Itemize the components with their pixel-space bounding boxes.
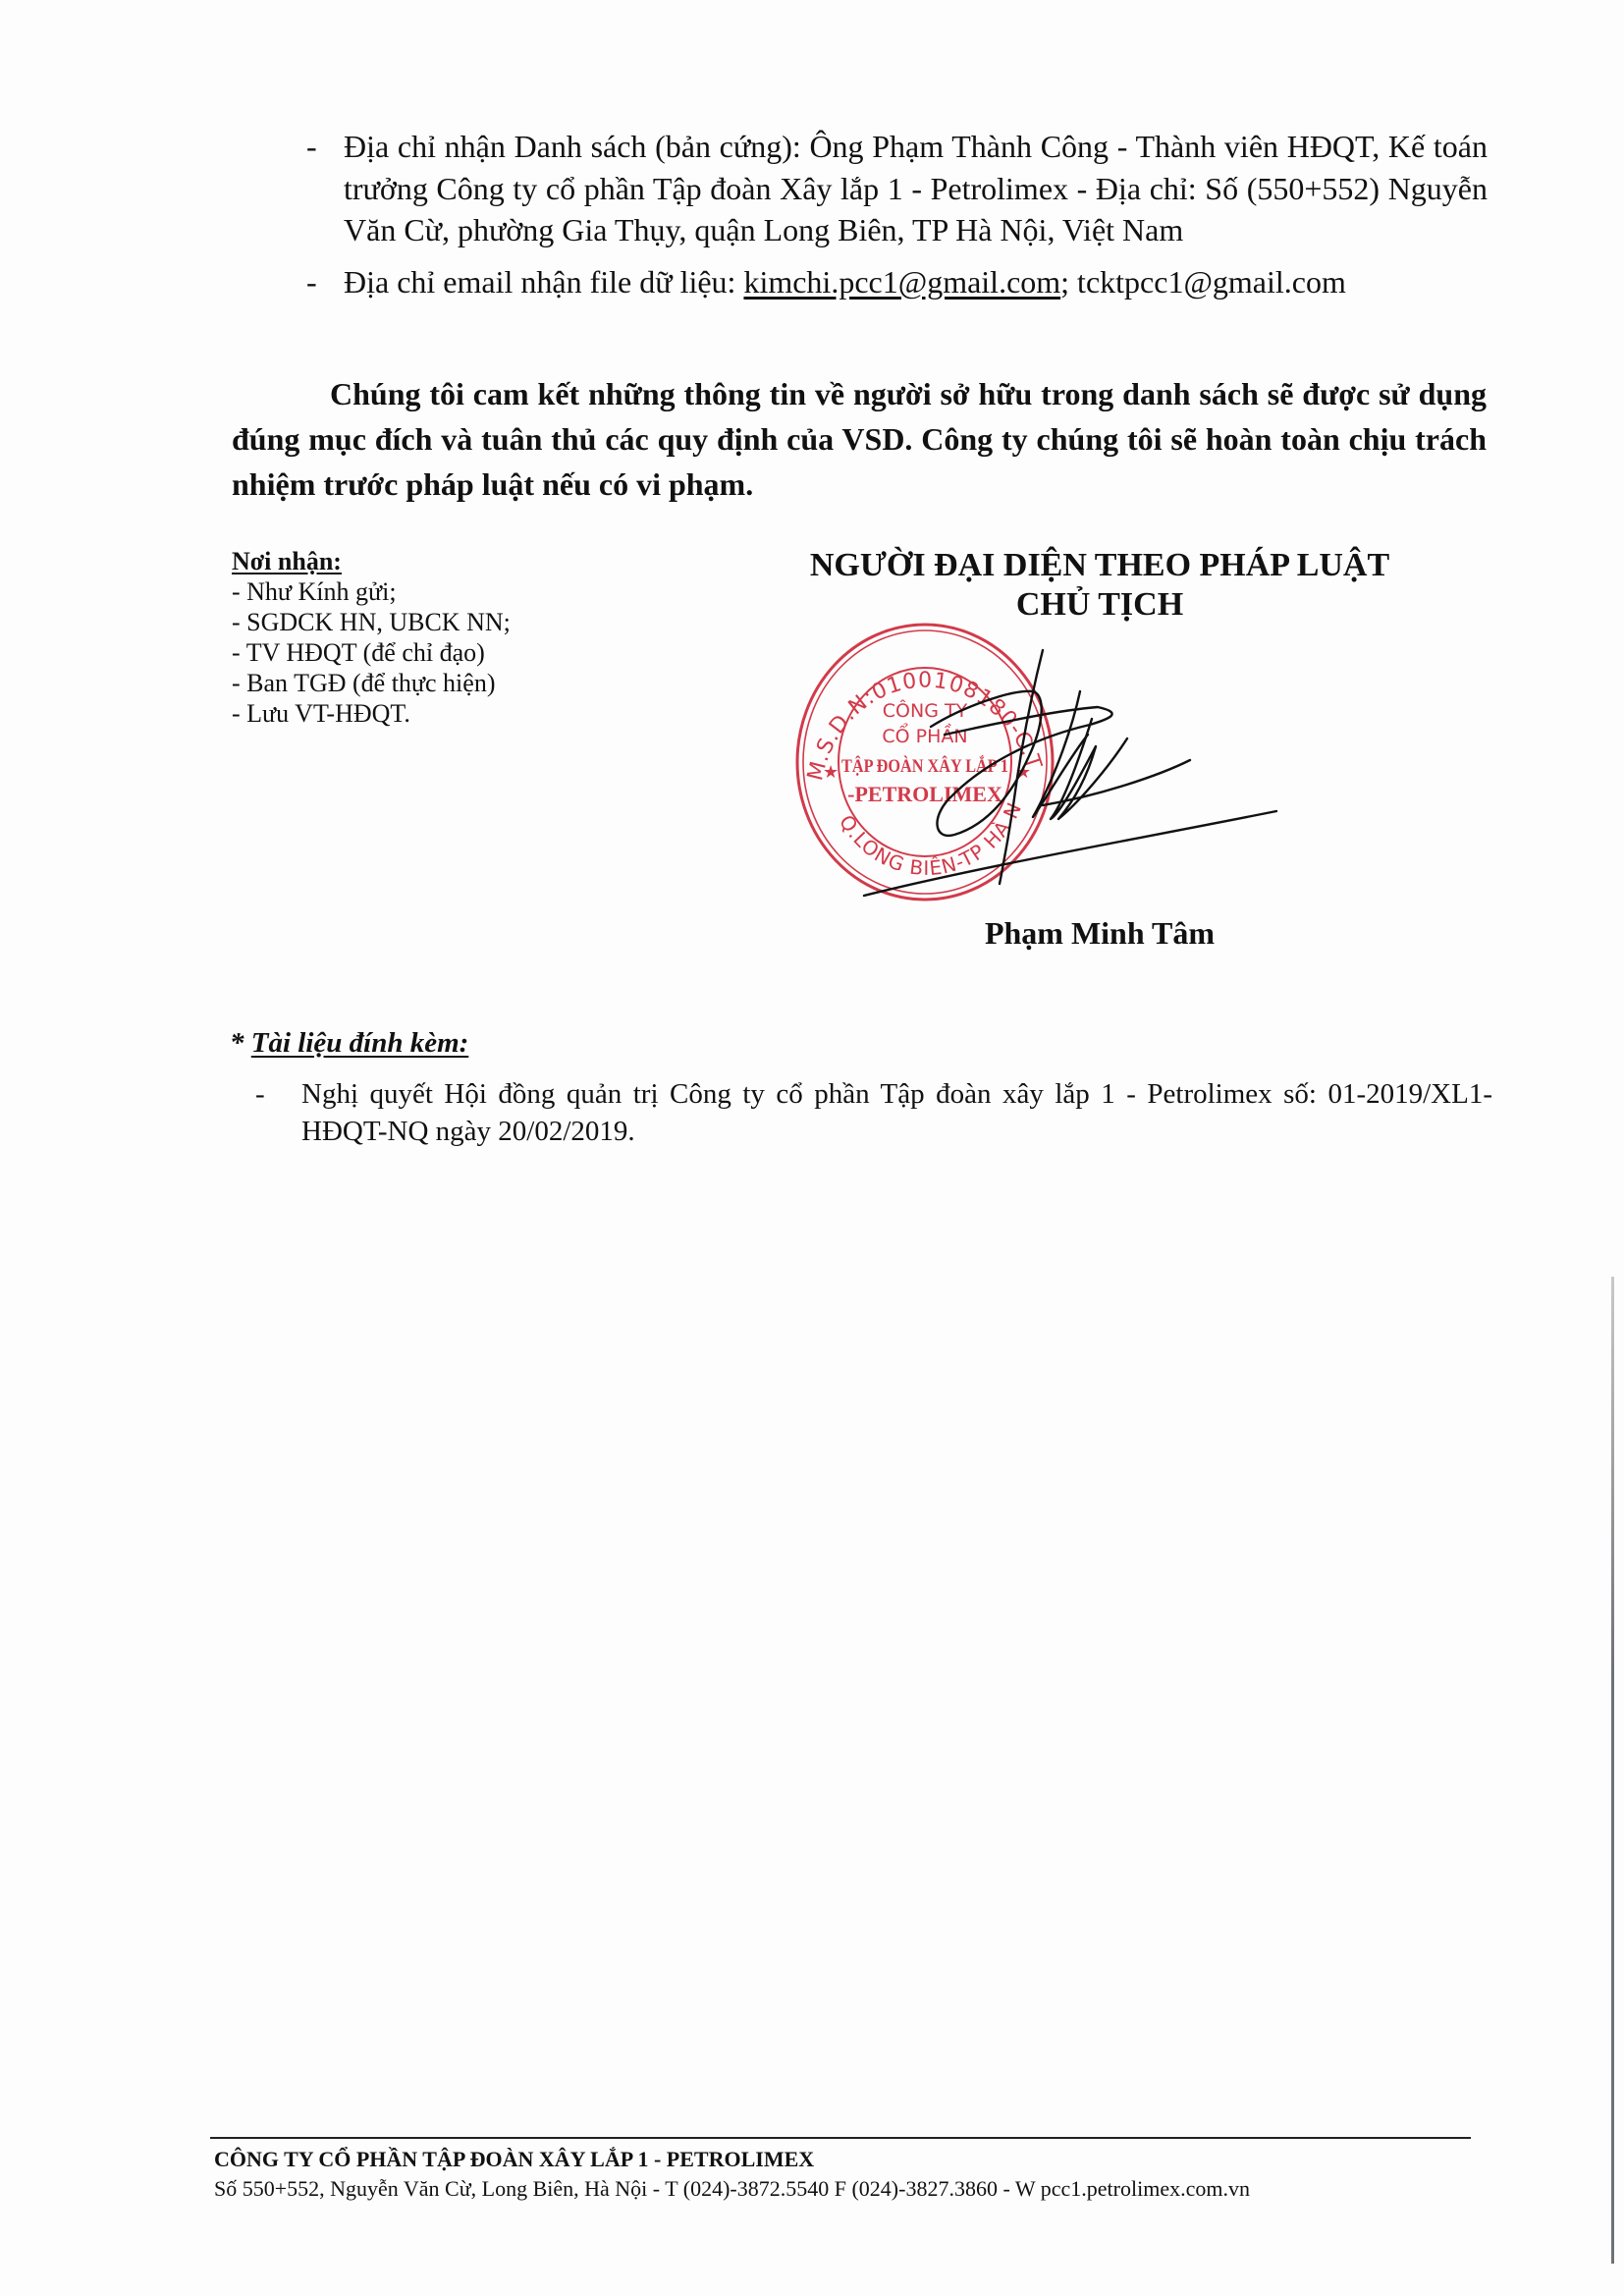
attachments-title: Tài liệu đính kèm:	[251, 1027, 469, 1059]
recipient-item: - TV HĐQT (để chỉ đạo)	[232, 637, 511, 668]
email-tcktpcc1: tcktpcc1@gmail.com	[1077, 264, 1346, 300]
attachment-text: Nghị quyết Hội đồng quản trị Công ty cổ …	[301, 1078, 1492, 1147]
signer-name: Phạm Minh Tâm	[923, 915, 1276, 952]
list-item-hardcopy-address: - Địa chỉ nhận Danh sách (bản cứng): Ông…	[295, 126, 1488, 251]
letterhead-footer: CÔNG TY CỔ PHẦN TẬP ĐOÀN XÂY LẮP 1 - PET…	[214, 2145, 1250, 2204]
list-item-email-address: - Địa chỉ email nhận file dữ liệu: kimch…	[295, 261, 1488, 303]
commitment-paragraph: Chúng tôi cam kết những thông tin về ngư…	[232, 371, 1487, 507]
document-page: - Địa chỉ nhận Danh sách (bản cứng): Ông…	[0, 0, 1624, 2296]
legal-representative-title: NGƯỜI ĐẠI DIỆN THEO PHÁP LUẬT	[766, 546, 1434, 585]
bullet-dash: -	[306, 126, 317, 168]
bullet-dash: -	[255, 1075, 265, 1113]
delivery-info-list: - Địa chỉ nhận Danh sách (bản cứng): Ông…	[295, 126, 1488, 312]
recipient-item: - Như Kính gửi;	[232, 576, 511, 607]
attachments-heading: * Tài liệu đính kèm:	[230, 1027, 468, 1060]
recipients-block: Nơi nhận: - Như Kính gửi; - SGDCK HN, UB…	[232, 546, 511, 729]
footer-contact-info: Số 550+552, Nguyễn Văn Cừ, Long Biên, Hà…	[214, 2174, 1250, 2204]
scan-edge-artifact	[1611, 1277, 1614, 2264]
recipient-item: - Lưu VT-HĐQT.	[232, 698, 511, 729]
email-separator: ;	[1060, 264, 1077, 300]
recipient-item: - SGDCK HN, UBCK NN;	[232, 607, 511, 637]
email-label: Địa chỉ email nhận file dữ liệu:	[344, 264, 743, 300]
bullet-dash: -	[306, 261, 317, 303]
recipient-item: - Ban TGĐ (để thực hiện)	[232, 668, 511, 698]
attachment-item: - Nghị quyết Hội đồng quản trị Công ty c…	[250, 1075, 1492, 1150]
handwritten-signature-icon	[785, 609, 1375, 923]
recipients-heading: Nơi nhận:	[232, 546, 511, 576]
attachments-list: - Nghị quyết Hội đồng quản trị Công ty c…	[250, 1075, 1492, 1150]
attachments-marker: *	[230, 1027, 251, 1059]
footer-company-name: CÔNG TY CỔ PHẦN TẬP ĐOÀN XÂY LẮP 1 - PET…	[214, 2145, 1250, 2174]
email-link-kimchi[interactable]: kimchi.pcc1@gmail.com	[743, 264, 1060, 300]
hardcopy-address-text: Địa chỉ nhận Danh sách (bản cứng): Ông P…	[344, 129, 1488, 247]
footer-divider	[210, 2137, 1471, 2139]
